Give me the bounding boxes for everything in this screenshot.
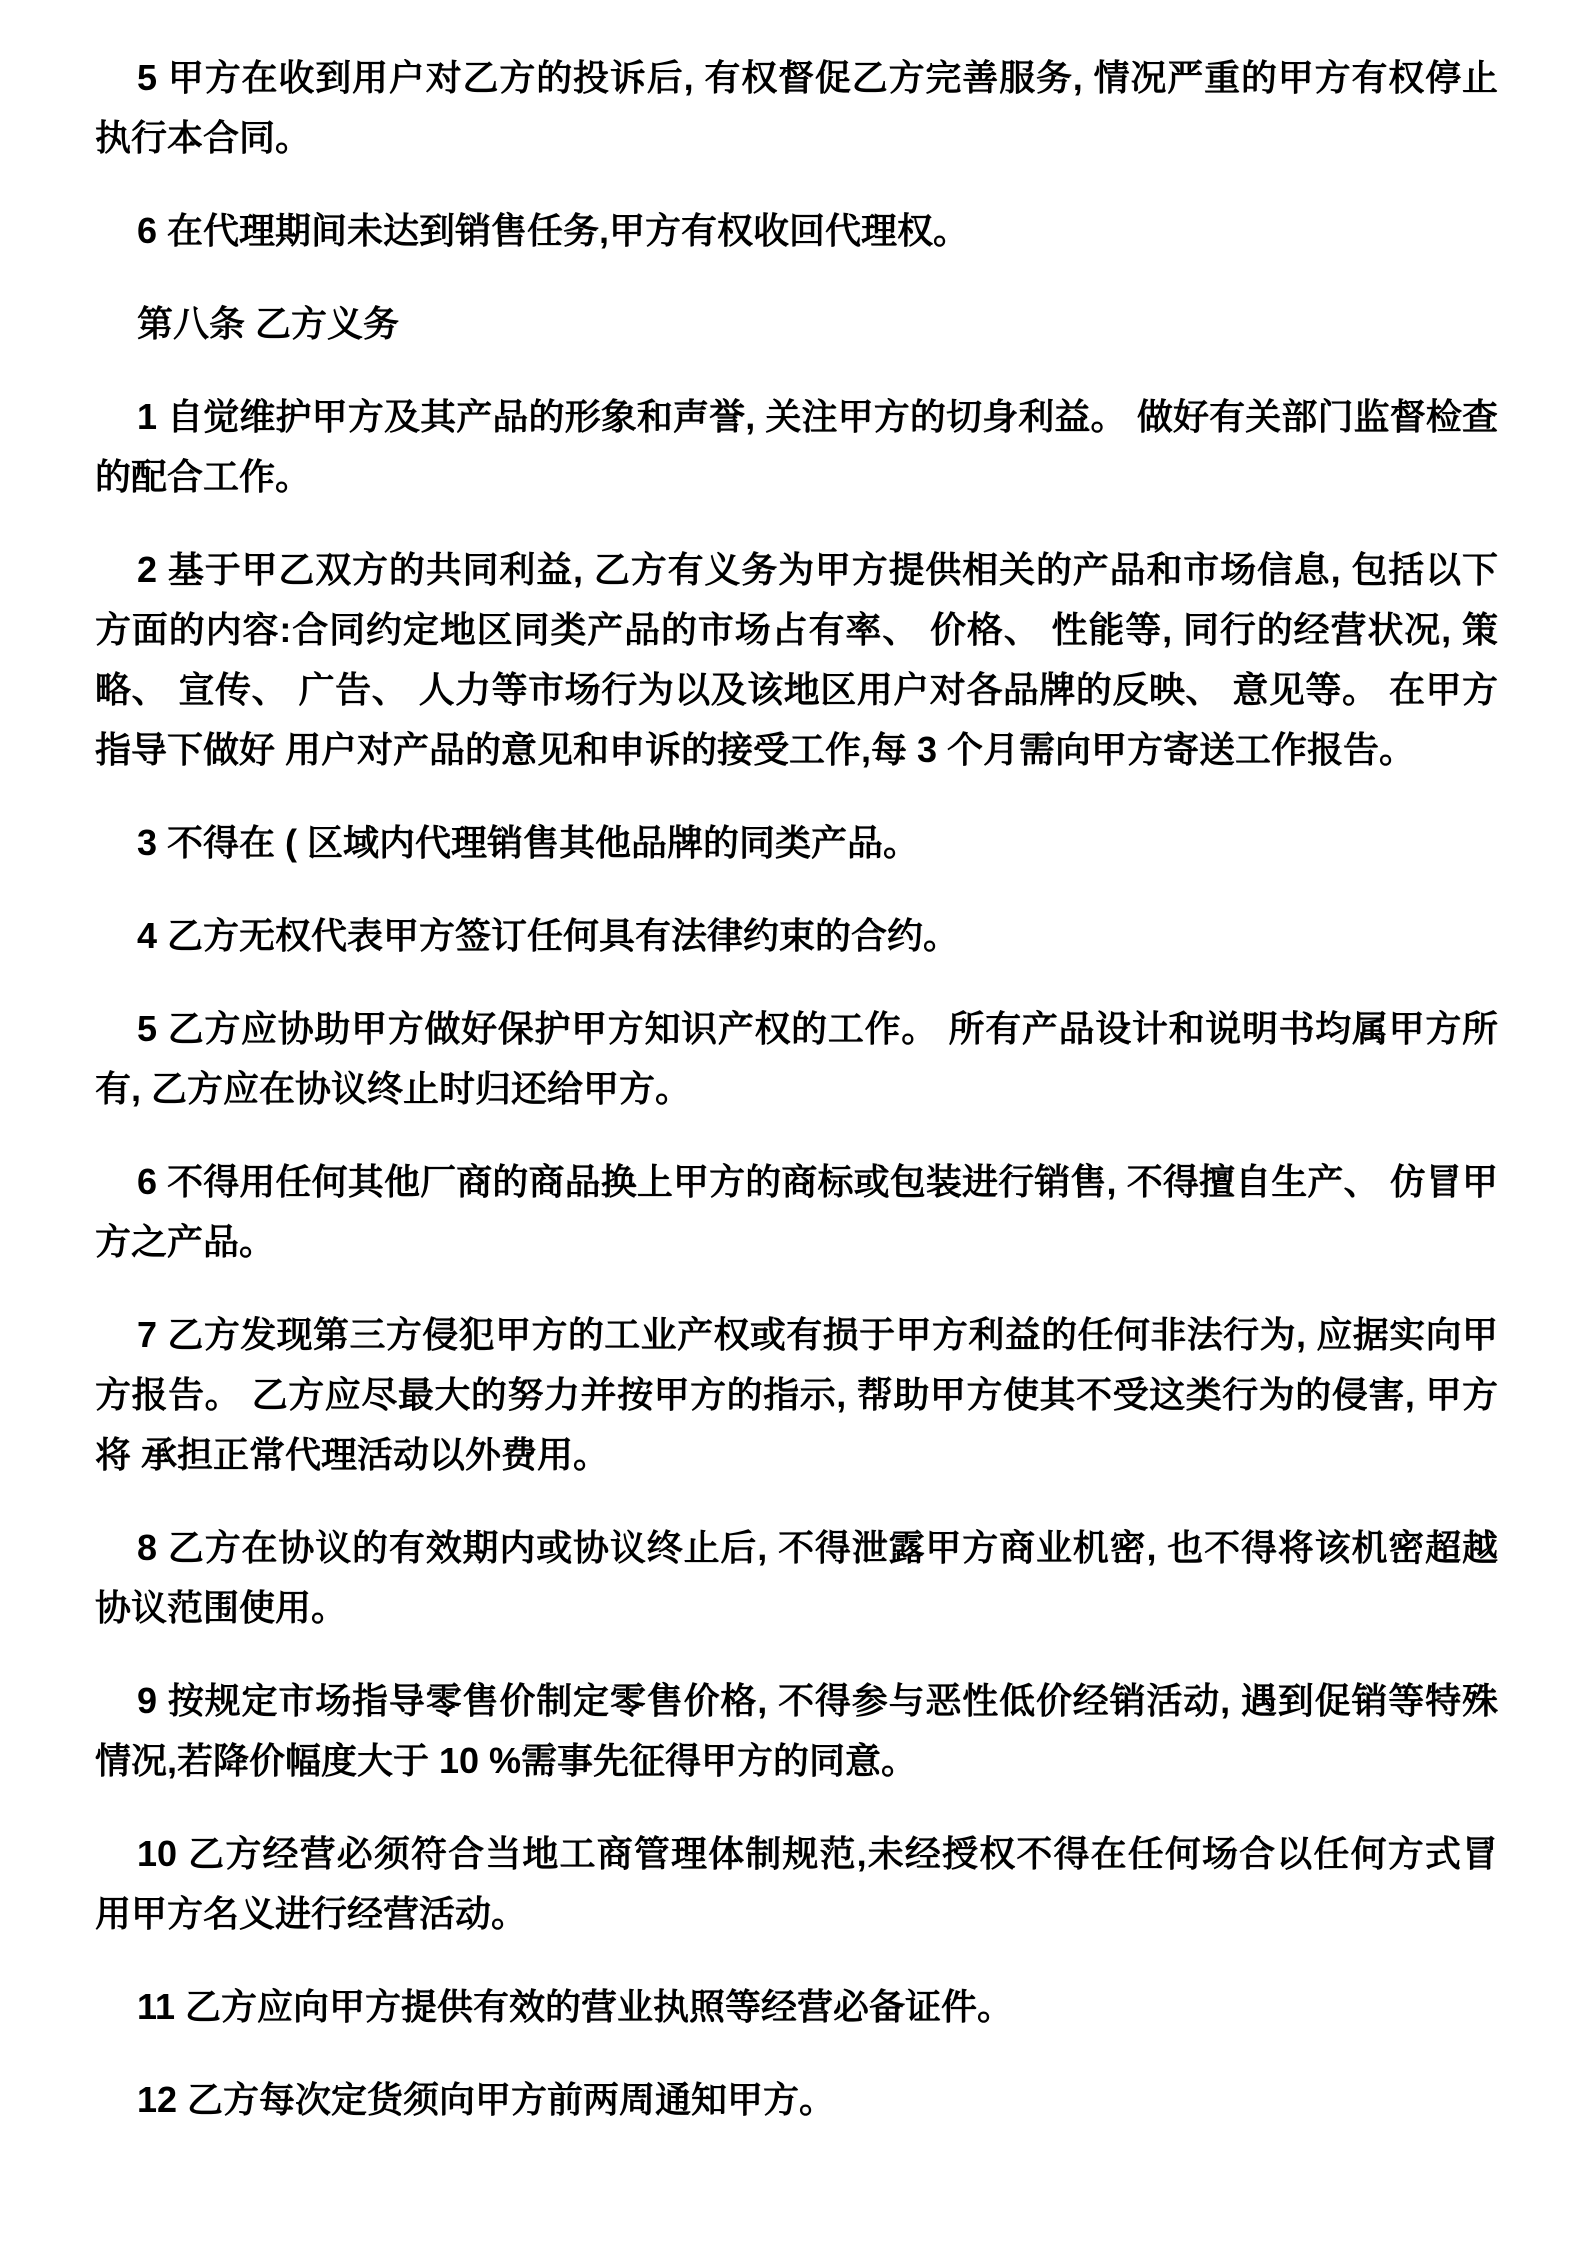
paragraph-obligation-7: 7 乙方发现第三方侵犯甲方的工业产权或有损于甲方利益的任何非法行为, 应据实向甲… <box>95 1305 1498 1485</box>
paragraph-obligation-6: 6 不得用任何其他厂商的商品换上甲方的商标或包装进行销售, 不得擅自生产、 仿冒… <box>95 1152 1498 1272</box>
paragraph-obligation-4: 4 乙方无权代表甲方签订任何具有法律约束的合约。 <box>95 906 1498 966</box>
paragraph-obligation-9: 9 按规定市场指导零售价制定零售价格, 不得参与恶性低价经销活动, 遇到促销等特… <box>95 1671 1498 1791</box>
document-page: 5 甲方在收到用户对乙方的投诉后, 有权督促乙方完善服务, 情况严重的甲方有权停… <box>0 0 1586 2244</box>
paragraph-obligation-10: 10 乙方经营必须符合当地工商管理体制规范,未经授权不得在任何场合以任何方式冒 … <box>95 1824 1498 1944</box>
paragraph-obligation-12: 12 乙方每次定货须向甲方前两周通知甲方。 <box>95 2070 1498 2130</box>
paragraph-clause-5: 5 甲方在收到用户对乙方的投诉后, 有权督促乙方完善服务, 情况严重的甲方有权停… <box>95 48 1498 168</box>
paragraph-obligation-11: 11 乙方应向甲方提供有效的营业执照等经营必备证件。 <box>95 1977 1498 2037</box>
paragraph-obligation-3: 3 不得在 ( 区域内代理销售其他品牌的同类产品。 <box>95 813 1498 873</box>
paragraph-obligation-8: 8 乙方在协议的有效期内或协议终止后, 不得泄露甲方商业机密, 也不得将该机密超… <box>95 1518 1498 1638</box>
paragraph-clause-6: 6 在代理期间未达到销售任务,甲方有权收回代理权。 <box>95 201 1498 261</box>
paragraph-obligation-1: 1 自觉维护甲方及其产品的形象和声誉, 关注甲方的切身利益。 做好有关部门监督检… <box>95 387 1498 507</box>
paragraph-obligation-5: 5 乙方应协助甲方做好保护甲方知识产权的工作。 所有产品设计和说明书均属甲方所有… <box>95 999 1498 1119</box>
paragraph-obligation-2: 2 基于甲乙双方的共同利益, 乙方有义务为甲方提供相关的产品和市场信息, 包括以… <box>95 540 1498 780</box>
section-heading-article-8: 第八条 乙方义务 <box>95 294 1498 354</box>
